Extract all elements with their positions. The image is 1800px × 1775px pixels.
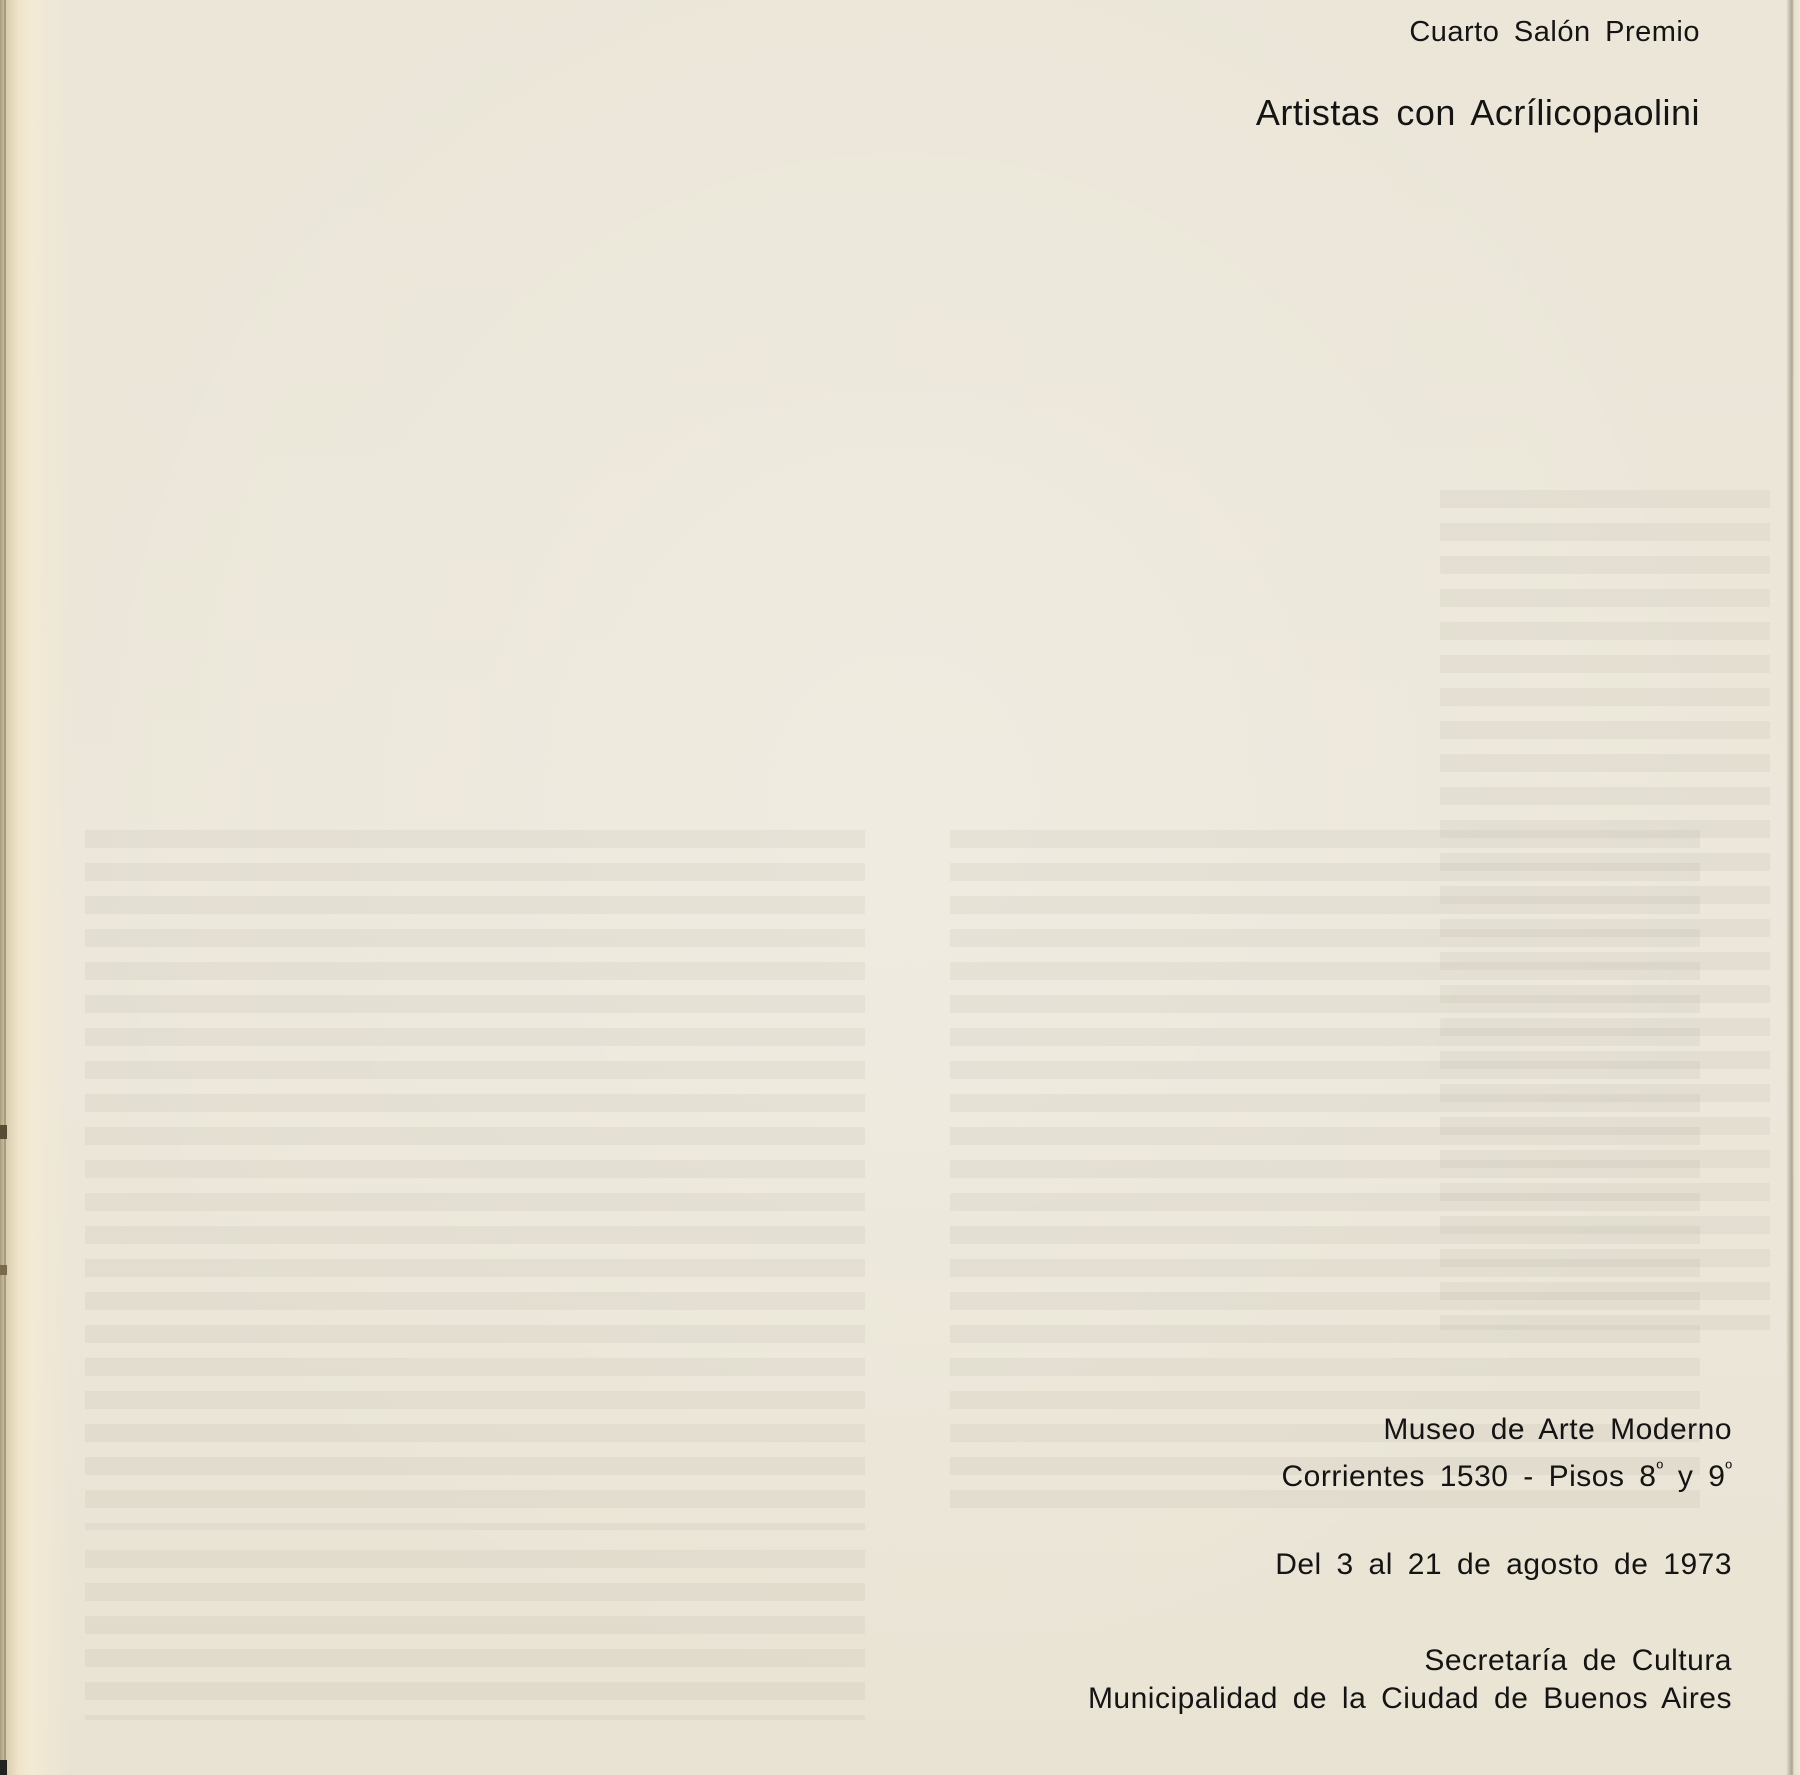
show-through-text-bottom (85, 1550, 865, 1720)
organizer-municipality: Municipalidad de la Ciudad de Buenos Air… (1088, 1680, 1732, 1718)
event-subtitle: Cuarto Salón Premio (1409, 12, 1700, 52)
binding-corner-mark (0, 1760, 7, 1775)
ordinal-mark: º (1725, 1458, 1732, 1478)
event-title: Artistas con Acrílicopaolini (1256, 88, 1700, 138)
catalog-page: Cuarto Salón Premio Artistas con Acrílic… (0, 0, 1800, 1775)
show-through-text-left (85, 830, 865, 1530)
venue-name: Museo de Arte Moderno (1281, 1411, 1732, 1449)
organizer-secretariat: Secretaría de Cultura (1088, 1642, 1732, 1680)
binding-staple-mark (0, 1265, 7, 1275)
address-text-floor: y 9 (1663, 1460, 1725, 1493)
venue-block: Museo de Arte Moderno Corrientes 1530 - … (1281, 1411, 1732, 1496)
exhibition-dates: Del 3 al 21 de agosto de 1973 (1275, 1545, 1732, 1585)
page-edge (1786, 0, 1800, 1775)
venue-address: Corrientes 1530 - Pisos 8º y 9º (1281, 1449, 1732, 1496)
binding-staple-mark (0, 1125, 7, 1139)
organizer-block: Secretaría de Cultura Municipalidad de l… (1088, 1642, 1732, 1718)
binding-line (4, 0, 6, 1775)
address-text: Corrientes 1530 - Pisos 8 (1281, 1460, 1656, 1493)
show-through-text-list (1440, 490, 1770, 1330)
binding-gutter (0, 0, 70, 1775)
